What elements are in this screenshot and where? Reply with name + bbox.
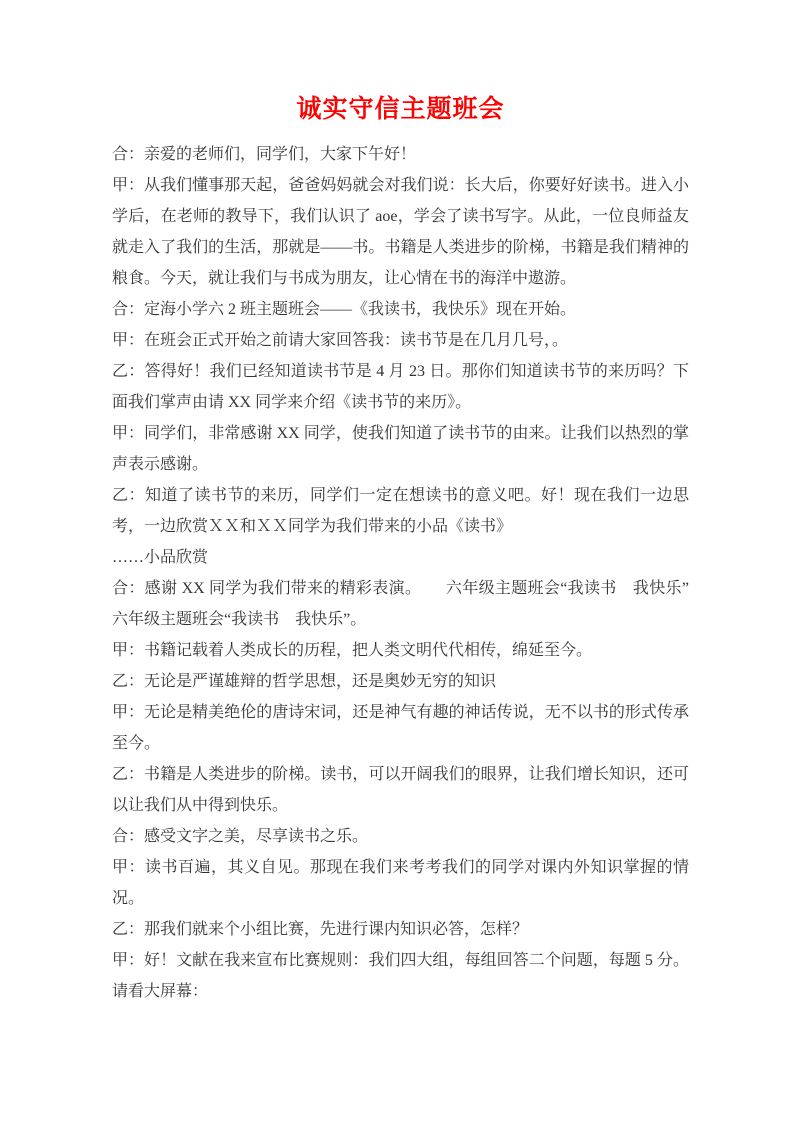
paragraph: 乙：那我们就来个小组比赛，先进行课内知识必答，怎样？ [112, 914, 689, 945]
paragraph: 甲：好！文献在我来宣布比赛规则：我们四大组，每组回答二个问题，每题 5 分。请看… [112, 945, 689, 1007]
paragraph: 乙：答得好！我们已经知道读书节是 4 月 23 日。那你们知道读书节的来历吗？下… [112, 356, 689, 418]
paragraph: 甲：同学们，非常感谢 XX 同学，使我们知道了读书节的由来。让我们以热烈的掌声表… [112, 418, 689, 480]
document-body: 合：亲爱的老师们，同学们，大家下午好！甲：从我们懂事那天起，爸爸妈妈就会对我们说… [112, 139, 689, 1007]
document-page: 诚实守信主题班会 合：亲爱的老师们，同学们，大家下午好！甲：从我们懂事那天起，爸… [0, 0, 793, 1122]
paragraph: ……小品欣赏 [112, 542, 689, 573]
paragraph: 甲：书籍记载着人类成长的历程，把人类文明代代相传，绵延至今。 [112, 635, 689, 666]
paragraph: 合：感受文字之美，尽享读书之乐。 [112, 821, 689, 852]
paragraph: 甲：无论是精美绝伦的唐诗宋词，还是神气有趣的神话传说，无不以书的形式传承至今。 [112, 697, 689, 759]
paragraph: 合：亲爱的老师们，同学们，大家下午好！ [112, 139, 689, 170]
document-title: 诚实守信主题班会 [112, 94, 689, 126]
paragraph: 合：感谢 XX 同学为我们带来的精彩表演。 六年级主题班会“我读书 我快乐” 六… [112, 573, 689, 635]
paragraph: 甲：在班会正式开始之前请大家回答我：读书节是在几月几号，。 [112, 325, 689, 356]
paragraph: 合：定海小学六 2 班主题班会——《我读书，我快乐》现在开始。 [112, 294, 689, 325]
paragraph: 甲：从我们懂事那天起，爸爸妈妈就会对我们说：长大后，你要好好读书。进入小学后，在… [112, 170, 689, 294]
paragraph: 乙：知道了读书节的来历，同学们一定在想读书的意义吧。好！现在我们一边思考，一边欣… [112, 480, 689, 542]
paragraph: 乙：书籍是人类进步的阶梯。读书，可以开阔我们的眼界，让我们增长知识，还可以让我们… [112, 759, 689, 821]
paragraph: 乙：无论是严谨雄辩的哲学思想，还是奥妙无穷的知识 [112, 666, 689, 697]
paragraph: 甲：读书百遍，其义自见。那现在我们来考考我们的同学对课内外知识掌握的情况。 [112, 852, 689, 914]
